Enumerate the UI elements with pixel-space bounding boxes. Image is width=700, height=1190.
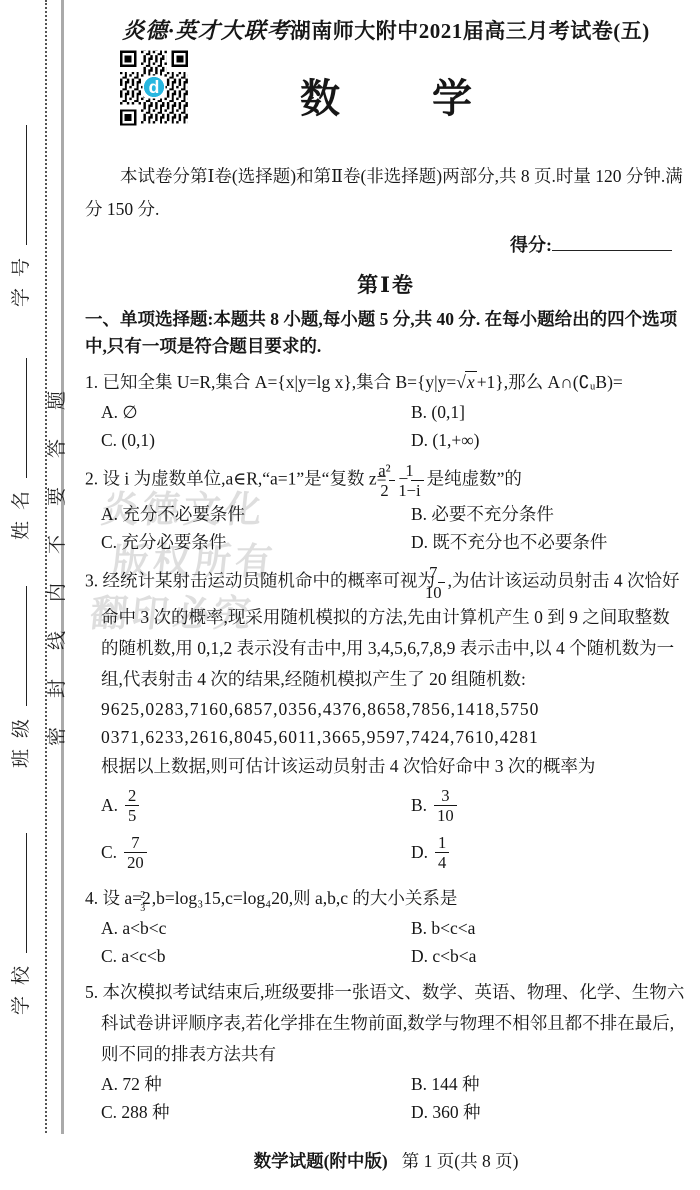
question-2: 2. 设 i 为虚数单位,a∈R,“a=1”是“复数 z=a²2−11−i是纯虚… — [85, 461, 687, 556]
score-label: 得分: — [510, 235, 552, 255]
class-field: 班级 — [6, 568, 30, 768]
q4-stem: 4. 设 a=223,b=log₃15,c=log₄20,则 a,b,c 的大小… — [85, 883, 687, 914]
page-footer: 数学试题(附中版) 第 1 页(共 8 页) — [85, 1148, 687, 1173]
q5-option-b: B. 144 种 — [411, 1070, 687, 1098]
student-id-field: 学号 — [6, 107, 30, 307]
seal-instruction: 密封线内不要答题 — [42, 329, 66, 779]
score-line: 得分: — [85, 231, 687, 257]
qr-logo: d — [142, 75, 165, 98]
q3-option-b: B.310 — [411, 786, 687, 825]
q2-option-d: D. 既不充分也不必要条件 — [411, 528, 687, 556]
q1-stem-pre: 1. 已知全集 U=R,集合 A={x|y=lg x},集合 B={y|y= — [85, 372, 456, 392]
q3-random-numbers-line-1: 9625,0283,7160,6857,0356,4376,8658,7856,… — [85, 695, 687, 723]
exam-title: 湖南师大附中2021届高三月考试卷(五) — [290, 19, 650, 43]
q1-stem: 1. 已知全集 U=R,集合 A={x|y=lg x},集合 B={y|y=√x… — [85, 367, 687, 398]
question-5: 5. 本次模拟考试结束后,班级要排一张语文、数学、英语、物理、化学、生物六科试卷… — [85, 977, 687, 1126]
question-4: 4. 设 a=223,b=log₃15,c=log₄20,则 a,b,c 的大小… — [85, 883, 687, 970]
name-field: 姓名 — [6, 340, 30, 540]
student-id-label: 学号 — [6, 247, 33, 307]
exam-intro: 本试卷分第Ⅰ卷(选择题)和第Ⅱ卷(非选择题)两部分,共 8 页.时量 120 分… — [85, 160, 687, 226]
fraction: 11−i — [411, 461, 423, 500]
q4-option-d: D. c<b<a — [411, 942, 687, 970]
fraction: 310 — [434, 786, 457, 825]
q2-option-a: A. 充分不必要条件 — [101, 500, 411, 528]
q1-options-row-2: C. (0,1) D. (1,+∞) — [85, 426, 687, 454]
q2-option-b: B. 必要不充分条件 — [411, 500, 687, 528]
school-blank — [10, 833, 27, 953]
svg-text:d: d — [149, 77, 160, 97]
q1-stem-post: +1},那么 A∩(∁ᵤB)= — [477, 372, 623, 392]
seal-sidebar: 学号 姓名 班级 学校 密封线内不要答题 — [0, 0, 85, 1190]
footer-page-number: 第 1 页(共 8 页) — [402, 1148, 519, 1173]
q4-option-c: C. a<c<b — [101, 942, 411, 970]
student-id-blank — [10, 125, 27, 245]
q5-option-a: A. 72 种 — [101, 1070, 411, 1098]
subject-title: 数 学 — [300, 67, 472, 124]
school-label: 学校 — [6, 955, 33, 1015]
exam-header: 炎德·英才大联考湖南师大附中2021届高三月考试卷(五) — [85, 14, 687, 45]
q5-options-row-2: C. 288 种 D. 360 种 — [85, 1098, 687, 1126]
q3-random-numbers-line-2: 0371,6233,2616,8045,6011,3665,9597,7424,… — [85, 723, 687, 751]
q2-options-row-2: C. 充分必要条件 D. 既不充分也不必要条件 — [85, 528, 687, 556]
q3-stem-tail: 根据以上数据,则可估计该运动员射击 4 次恰好命中 3 次的概率为 — [85, 751, 687, 782]
section-instruction: 一、单项选择题:本题共 8 小题,每小题 5 分,共 40 分. 在每小题给出的… — [85, 306, 687, 360]
fraction: a²2 — [389, 461, 395, 500]
q3-option-d: D.14 — [411, 833, 687, 872]
q4-option-a: A. a<b<c — [101, 914, 411, 942]
title-block: d 数 学 — [85, 45, 687, 142]
footer-doc-title: 数学试题(附中版) — [254, 1148, 388, 1173]
fraction: 710 — [438, 563, 445, 602]
main-content: 炎德·英才大联考湖南师大附中2021届高三月考试卷(五) — [85, 0, 687, 1126]
subject-char-1: 数 — [300, 67, 340, 124]
class-label: 班级 — [6, 708, 33, 768]
class-blank — [10, 586, 27, 706]
exam-page: 炎德文化 版权所有 翻印必究 学号 姓名 班级 学校 密封线内不要答题 炎德·英… — [0, 0, 700, 1190]
fraction: 720 — [124, 833, 147, 872]
q2-options-row-1: A. 充分不必要条件 B. 必要不充分条件 — [85, 500, 687, 528]
exam-series: 炎德·英才大联考 — [122, 18, 290, 43]
q4-stem-post: ,b=log₃15,c=log₄20,则 a,b,c 的大小关系是 — [152, 888, 458, 908]
score-blank — [552, 234, 672, 251]
q3-options-row-2: C.720 D.14 — [85, 829, 687, 876]
q2-stem-post: 是纯虚数”的 — [427, 469, 522, 489]
q5-options-row-1: A. 72 种 B. 144 种 — [85, 1070, 687, 1098]
q2-stem: 2. 设 i 为虚数单位,a∈R,“a=1”是“复数 z=a²2−11−i是纯虚… — [85, 461, 687, 500]
subject-char-2: 学 — [432, 67, 472, 124]
question-1: 1. 已知全集 U=R,集合 A={x|y=lg x},集合 B={y|y=√x… — [85, 367, 687, 454]
q3-stem-pre: 3. 经统计某射击运动员随机命中的概率可视为 — [85, 571, 435, 591]
q2-stem-pre: 2. 设 i 为虚数单位,a∈R,“a=1”是“复数 z= — [85, 469, 386, 489]
q3-option-a: A.25 — [101, 786, 411, 825]
q3-option-c: C.720 — [101, 833, 411, 872]
q4-options-row-2: C. a<c<b D. c<b<a — [85, 942, 687, 970]
q1-option-b: B. (0,1] — [411, 398, 687, 426]
fraction: 14 — [435, 833, 449, 872]
school-field: 学校 — [6, 815, 30, 1015]
name-blank — [10, 358, 27, 478]
name-label: 姓名 — [6, 480, 33, 540]
question-3: 3. 经统计某射击运动员随机命中的概率可视为710,为估计该运动员射击 4 次恰… — [85, 563, 687, 876]
q1-option-d: D. (1,+∞) — [411, 426, 687, 454]
q5-stem: 5. 本次模拟考试结束后,班级要排一张语文、数学、英语、物理、化学、生物六科试卷… — [85, 977, 687, 1070]
q5-option-d: D. 360 种 — [411, 1098, 687, 1126]
q3-stem: 3. 经统计某射击运动员随机命中的概率可视为710,为估计该运动员射击 4 次恰… — [85, 563, 687, 695]
qr-code: d — [120, 48, 188, 126]
part-one-title: 第Ⅰ卷 — [85, 269, 687, 299]
q5-option-c: C. 288 种 — [101, 1098, 411, 1126]
q4-option-b: B. b<c<a — [411, 914, 687, 942]
q1-options-row-1: A. ∅ B. (0,1] — [85, 398, 687, 426]
sqrt-expression: √x — [456, 372, 476, 392]
q2-option-c: C. 充分必要条件 — [101, 528, 411, 556]
q4-options-row-1: A. a<b<c B. b<c<a — [85, 914, 687, 942]
fraction: 25 — [125, 786, 139, 825]
q1-option-a: A. ∅ — [101, 398, 411, 426]
q3-options-row-1: A.25 B.310 — [85, 782, 687, 829]
q1-option-c: C. (0,1) — [101, 426, 411, 454]
